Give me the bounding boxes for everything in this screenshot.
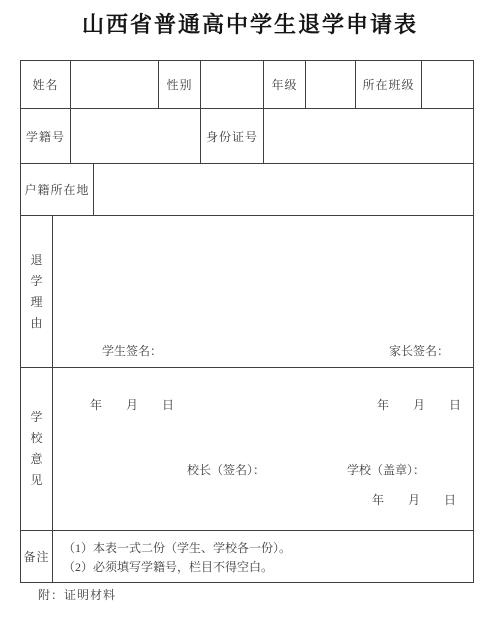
id-card-field bbox=[264, 109, 473, 163]
school-opinion-date: 年 月 日 bbox=[372, 491, 456, 508]
name-label: 姓名 bbox=[21, 61, 71, 108]
notes-label: 备注 bbox=[21, 531, 53, 582]
row-school-opinion: 学校意见 校长（签名）： 学校（盖章）： 年 月 日 bbox=[21, 367, 473, 530]
name-field bbox=[71, 61, 159, 108]
notes-content: （1）本表一式二份（学生、学校各一份）。 （2）必须填写学籍号，栏目不得空白。 bbox=[53, 531, 473, 582]
row-residence: 户籍所在地 bbox=[21, 163, 473, 215]
grade-field bbox=[306, 61, 356, 108]
school-opinion-label-cell: 学校意见 bbox=[21, 368, 53, 530]
attachment-note: 附：证明材料 bbox=[38, 586, 116, 603]
id-card-label: 身份证号 bbox=[201, 109, 264, 163]
residence-label: 户籍所在地 bbox=[21, 164, 94, 215]
student-id-label: 学籍号 bbox=[21, 109, 71, 163]
row-notes: 备注 （1）本表一式二份（学生、学校各一份）。 （2）必须填写学籍号，栏目不得空… bbox=[21, 530, 473, 582]
gender-field bbox=[201, 61, 264, 108]
student-signature-label: 学生签名： bbox=[90, 342, 174, 360]
note-line-2: （2）必须填写学籍号，栏目不得空白。 bbox=[63, 558, 467, 577]
application-form-table: 姓名 性别 年级 所在班级 学籍号 身份证号 户籍所在地 退学理由 bbox=[20, 60, 474, 583]
withdrawal-reason-label-cell: 退学理由 bbox=[21, 216, 53, 367]
withdrawal-reason-field: 学生签名： 年 月 日 家长签名： 年 月 日 bbox=[53, 216, 473, 367]
row-withdrawal-reason: 退学理由 学生签名： 年 月 日 家长签名： 年 月 日 bbox=[21, 215, 473, 367]
residence-field bbox=[94, 164, 473, 215]
principal-signature-label: 校长（签名）： bbox=[187, 461, 265, 478]
grade-label: 年级 bbox=[264, 61, 306, 108]
school-opinion-label: 学校意见 bbox=[30, 407, 44, 491]
page-title: 山西省普通高中学生退学申请表 bbox=[0, 8, 500, 39]
withdrawal-reason-label: 退学理由 bbox=[30, 250, 44, 334]
school-opinion-field: 校长（签名）： 学校（盖章）： 年 月 日 bbox=[53, 368, 473, 530]
class-field bbox=[422, 61, 473, 108]
note-line-1: （1）本表一式二份（学生、学校各一份）。 bbox=[63, 539, 467, 558]
parent-signature-label: 家长签名： bbox=[377, 342, 461, 360]
student-id-field bbox=[71, 109, 201, 163]
withdrawal-application-form-page: 山西省普通高中学生退学申请表 姓名 性别 年级 所在班级 学籍号 身份证号 户籍… bbox=[0, 0, 500, 617]
row-basic-info: 姓名 性别 年级 所在班级 bbox=[21, 61, 473, 108]
class-label: 所在班级 bbox=[356, 61, 422, 108]
school-seal-label: 学校（盖章）： bbox=[347, 461, 425, 478]
row-id-numbers: 学籍号 身份证号 bbox=[21, 108, 473, 163]
gender-label: 性别 bbox=[159, 61, 201, 108]
